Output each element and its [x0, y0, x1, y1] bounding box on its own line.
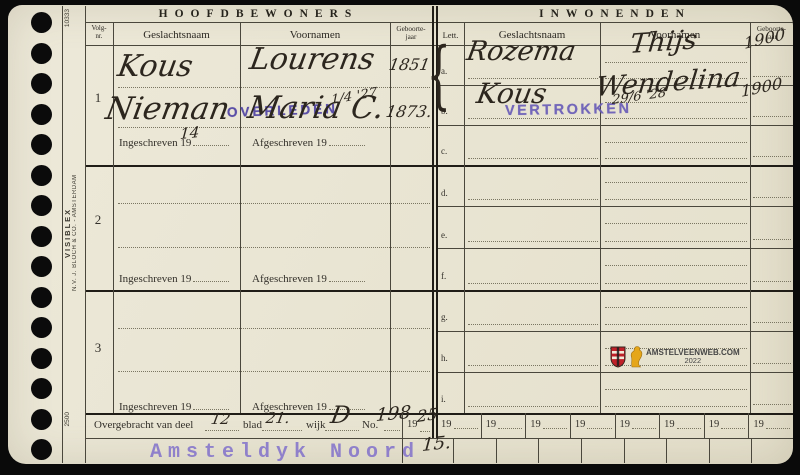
write-line	[118, 247, 430, 248]
write-line	[468, 406, 598, 407]
ingeschreven-text: Ingeschreven 19	[119, 401, 191, 413]
write-line	[753, 156, 791, 157]
dotted-leader	[329, 134, 365, 146]
manufacturer-name: N.V. J. BLOCH & CO. - AMSTERDAM	[72, 135, 78, 330]
write-line	[605, 265, 747, 266]
punch-hole	[31, 195, 52, 216]
archive-watermark: AMSTELVEENWEB.COM 2022	[610, 345, 740, 368]
watermark-text: AMSTELVEENWEB.COM 2022	[646, 348, 740, 366]
stock-number-bottom: 2500	[64, 412, 71, 426]
write-line	[118, 328, 430, 329]
ingeschreven-label: Ingeschreven 19	[119, 270, 229, 285]
year-cells-row: 19 19 19 19 19 19 19 19	[437, 413, 793, 438]
rule-line	[85, 165, 793, 167]
dotted-leader	[632, 419, 656, 429]
bottom-cell	[454, 438, 496, 463]
column-header-geboortejaar-left: Geboorte- jaar	[390, 25, 432, 41]
handwritten-blad: 21.	[265, 411, 292, 426]
rule-line	[464, 22, 465, 413]
wijk-label: wijk	[306, 419, 326, 431]
lion-icon	[629, 345, 643, 368]
write-line	[384, 430, 400, 431]
handwritten-year: 25	[417, 406, 438, 425]
handwritten-birthyear: 1851	[388, 57, 432, 73]
handwritten-firstname: Maria C.	[245, 93, 386, 124]
rule-line	[390, 22, 391, 413]
column-header-geslachtsnaam-left: Geslachtsnaam	[113, 29, 240, 41]
rule-line	[437, 372, 793, 373]
year-cell: 19	[525, 413, 570, 438]
handwritten-ingeschreven-year: 14	[179, 125, 199, 142]
write-line	[468, 199, 598, 200]
letter-label: c.	[441, 146, 447, 156]
write-line	[605, 389, 747, 390]
letter-label: g.	[441, 312, 448, 322]
year-cell: 19	[615, 413, 660, 438]
write-line	[753, 363, 791, 364]
year-cell-prefix: 19	[753, 419, 764, 430]
scanned-register-card-page: 10333 VISIBLEX N.V. J. BLOCH & CO. - AMS…	[0, 0, 800, 475]
geboortejaar-line2: jaar	[390, 33, 432, 41]
write-line	[605, 241, 747, 242]
dotted-leader	[721, 419, 745, 429]
rule-line	[437, 125, 793, 126]
year-cell: 19	[748, 413, 793, 438]
write-line	[753, 116, 791, 117]
year-cell-prefix: 19	[709, 419, 720, 430]
rule-line	[85, 6, 86, 463]
bottom-cell	[496, 438, 539, 463]
write-line	[605, 283, 747, 284]
row-number: 3	[88, 340, 108, 356]
write-line	[262, 430, 302, 431]
afgeschreven-label: Afgeschreven 19	[252, 134, 365, 149]
punch-hole	[31, 134, 52, 155]
dotted-leader	[193, 270, 229, 282]
dotted-leader	[587, 419, 611, 429]
punch-hole	[31, 43, 52, 64]
year-cell: 19	[481, 413, 526, 438]
rule-line	[113, 22, 114, 413]
handwritten-house-number: 15.	[421, 434, 451, 455]
write-line	[118, 371, 430, 372]
column-header-volgnr-line2: nr.	[85, 33, 113, 41]
dotted-leader	[766, 419, 790, 429]
bottom-cell	[666, 438, 709, 463]
write-line	[753, 197, 791, 198]
punch-hole	[31, 348, 52, 369]
write-line	[420, 431, 430, 432]
punch-hole	[31, 226, 52, 247]
manufacturer-brand: VISIBLEX	[63, 150, 72, 315]
bottom-cell	[751, 438, 794, 463]
write-line	[753, 404, 791, 405]
punch-hole	[31, 73, 52, 94]
afgeschreven-text: Afgeschreven 19	[252, 137, 327, 149]
letter-label: e.	[441, 230, 447, 240]
punch-hole	[31, 378, 52, 399]
write-line	[468, 241, 598, 242]
write-line	[118, 127, 430, 128]
watermark-year: 2022	[646, 357, 740, 366]
write-line	[753, 322, 791, 323]
left-section-title: HOOFDBEWONERS	[85, 8, 432, 20]
write-line	[605, 182, 747, 183]
handwritten-firstname: Thijs	[629, 26, 699, 58]
bottom-cell	[581, 438, 624, 463]
handwritten-deel: 12	[210, 412, 232, 427]
bottom-cells-row	[453, 438, 794, 463]
write-line	[468, 158, 598, 159]
write-line	[468, 283, 598, 284]
blad-label: blad	[243, 419, 262, 431]
write-line	[605, 406, 747, 407]
rule-line	[437, 331, 793, 332]
handwritten-firstname: Lourens	[247, 45, 376, 75]
letter-label: d.	[441, 188, 448, 198]
rule-line	[437, 206, 793, 207]
letter-label: f.	[441, 271, 446, 281]
write-line	[118, 203, 430, 204]
ingeschreven-text: Ingeschreven 19	[119, 273, 191, 285]
bottom-cell	[538, 438, 581, 463]
handwritten-surname: Kous	[115, 52, 195, 82]
write-line	[468, 365, 598, 366]
year-cell: 19	[704, 413, 749, 438]
write-line	[605, 199, 747, 200]
column-header-volgnr-line1: Volg-	[85, 25, 113, 33]
handwritten-brace: {	[427, 38, 451, 112]
year-cell-prefix: 19	[441, 419, 452, 430]
ingeschreven-label: Ingeschreven 19	[119, 134, 229, 149]
handwritten-surname: Rozema	[465, 38, 578, 65]
year-cell: 19	[659, 413, 704, 438]
dotted-leader	[193, 398, 229, 410]
punch-hole	[31, 287, 52, 308]
year-cell-prefix: 19	[664, 419, 675, 430]
write-line	[118, 87, 430, 88]
write-line	[605, 307, 747, 308]
dotted-leader	[677, 419, 701, 429]
dotted-leader	[543, 419, 567, 429]
dotted-leader	[329, 270, 365, 282]
dotted-leader	[454, 419, 478, 429]
year-cell-prefix: 19	[530, 419, 541, 430]
write-line	[325, 430, 359, 431]
year-cell-prefix: 19	[575, 419, 586, 430]
year-cell-prefix: 19	[486, 419, 497, 430]
rule-line	[85, 22, 793, 23]
row-number: 2	[88, 212, 108, 228]
write-line	[205, 430, 239, 431]
write-line	[468, 324, 598, 325]
write-line	[753, 239, 791, 240]
rule-line	[240, 22, 241, 413]
write-line	[753, 281, 791, 282]
column-header-voornamen-left: Voornamen	[240, 29, 390, 41]
write-line	[605, 142, 747, 143]
coat-of-arms-icon	[610, 346, 626, 368]
year-cell: 19	[570, 413, 615, 438]
overgebracht-label: Overgebracht van deel	[94, 419, 193, 431]
handwritten-surname: Nieman	[103, 94, 232, 125]
bottom-cell	[709, 438, 752, 463]
punch-hole	[31, 165, 52, 186]
afgeschreven-text: Afgeschreven 19	[252, 273, 327, 285]
letter-label: h.	[441, 353, 448, 363]
write-line	[605, 324, 747, 325]
right-section-title: INWONENDEN	[437, 8, 793, 20]
letter-label: i.	[441, 394, 446, 404]
year-cell-prefix: 19	[620, 419, 631, 430]
write-line	[605, 158, 747, 159]
handwritten-birthyear: 1873.	[385, 104, 434, 120]
stock-number-top: 10333	[64, 9, 71, 27]
rule-line	[437, 248, 793, 249]
afgeschreven-label: Afgeschreven 19	[252, 270, 365, 285]
write-line	[605, 223, 747, 224]
geboortejaar-line1: Geboorte-	[390, 25, 432, 33]
punch-hole	[31, 104, 52, 125]
punch-hole	[31, 256, 52, 277]
punch-hole	[31, 317, 52, 338]
punch-hole	[31, 409, 52, 430]
column-header-volgnr: Volg- nr.	[85, 25, 113, 41]
write-line	[605, 118, 747, 119]
rule-line	[85, 290, 793, 292]
punch-hole	[31, 439, 52, 460]
district-stamp: Amsteldyk Noord	[150, 441, 420, 464]
punch-hole	[31, 12, 52, 33]
bottom-cell	[624, 438, 667, 463]
dotted-leader	[498, 419, 522, 429]
row-number: 1	[88, 90, 108, 106]
